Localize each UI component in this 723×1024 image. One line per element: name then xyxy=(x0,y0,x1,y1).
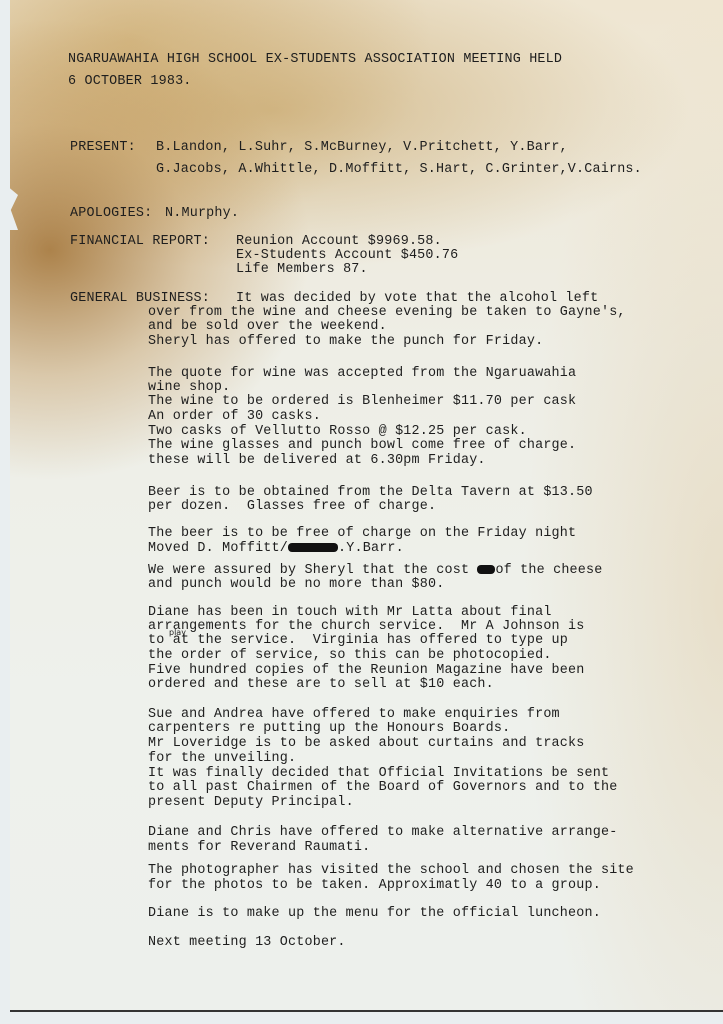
paragraph-line: ordered and these are to sell at $10 eac… xyxy=(148,677,494,692)
financial-report-label: FINANCIAL REPORT: xyxy=(70,234,210,249)
motion-line: Moved D. Moffitt/.Y.Barr. xyxy=(148,541,404,556)
paragraph-line: Two casks of Vellutto Rosso @ $12.25 per… xyxy=(148,424,527,439)
paragraph-line: carpenters re putting up the Honours Boa… xyxy=(148,721,510,736)
financial-line: Ex-Students Account $450.76 xyxy=(236,248,458,263)
paragraph-line: The wine glasses and punch bowl come fre… xyxy=(148,438,576,453)
paragraph-line: Mr Loveridge is to be asked about curtai… xyxy=(148,736,585,751)
general-business-first-line: It was decided by vote that the alcohol … xyxy=(236,291,598,306)
redaction-mark xyxy=(477,565,495,574)
present-line-1: B.Landon, L.Suhr, S.McBurney, V.Pritchet… xyxy=(156,140,568,155)
present-line-2: G.Jacobs, A.Whittle, D.Moffitt, S.Hart, … xyxy=(156,162,642,177)
paragraph-line: Beer is to be obtained from the Delta Ta… xyxy=(148,485,593,500)
meeting-date: 6 OCTOBER 1983. xyxy=(68,74,192,89)
paragraph-line: present Deputy Principal. xyxy=(148,795,354,810)
financial-line: Reunion Account $9969.58. xyxy=(236,234,442,249)
paragraph-line: The photographer has visited the school … xyxy=(148,863,634,878)
text-fragment: of the cheese xyxy=(495,563,602,578)
paragraph-line: per dozen. Glasses free of charge. xyxy=(148,499,436,514)
financial-line: Life Members 87. xyxy=(236,262,368,277)
motion-mover: Moved D. Moffitt/ xyxy=(148,541,288,556)
paragraph-line: wine shop. xyxy=(148,380,230,395)
present-label: PRESENT: xyxy=(70,140,136,155)
next-meeting: Next meeting 13 October. xyxy=(148,935,346,950)
motion-seconder: .Y.Barr. xyxy=(338,541,404,556)
document-title: NGARUAWAHIA HIGH SCHOOL EX-STUDENTS ASSO… xyxy=(68,52,562,67)
paragraph-line: the order of service, so this can be pho… xyxy=(148,648,552,663)
paragraph-line: these will be delivered at 6.30pm Friday… xyxy=(148,453,486,468)
paragraph-line: The beer is to be free of charge on the … xyxy=(148,526,576,541)
paragraph-line: Five hundred copies of the Reunion Magaz… xyxy=(148,663,585,678)
paragraph-line: It was finally decided that Official Inv… xyxy=(148,766,609,781)
paragraph-line: arrangements for the church service. Mr … xyxy=(148,619,585,634)
paragraph-line: and be sold over the weekend. xyxy=(148,319,387,334)
paragraph-line: to at the service. Virginia has offered … xyxy=(148,633,568,648)
paragraph-line: The wine to be ordered is Blenheimer $11… xyxy=(148,394,576,409)
paragraph-line: over from the wine and cheese evening be… xyxy=(148,305,626,320)
paragraph-line: Diane and Chris have offered to make alt… xyxy=(148,825,617,840)
paragraph-line: for the photos to be taken. Approximatly… xyxy=(148,878,601,893)
paragraph-line: Diane is to make up the menu for the off… xyxy=(148,906,601,921)
paragraph-line: We were assured by Sheryl that the cost … xyxy=(148,563,603,578)
general-business-label: GENERAL BUSINESS: xyxy=(70,291,210,306)
paragraph-line: Diane has been in touch with Mr Latta ab… xyxy=(148,605,552,620)
apologies-label: APOLOGIES: xyxy=(70,206,152,221)
apologies-value: N.Murphy. xyxy=(165,206,239,221)
paragraph-line: to all past Chairmen of the Board of Gov… xyxy=(148,780,617,795)
paragraph-line: The quote for wine was accepted from the… xyxy=(148,366,576,381)
paragraph-line: and punch would be no more than $80. xyxy=(148,577,445,592)
paragraph-line: An order of 30 casks. xyxy=(148,409,321,424)
redaction-mark xyxy=(288,543,338,552)
text-fragment: We were assured by Sheryl that the cost xyxy=(148,563,477,578)
paragraph-line: for the unveiling. xyxy=(148,751,296,766)
paragraph-line: Sue and Andrea have offered to make enqu… xyxy=(148,707,560,722)
paragraph-line: Sheryl has offered to make the punch for… xyxy=(148,334,543,349)
paragraph-line: ments for Reverand Raumati. xyxy=(148,840,370,855)
